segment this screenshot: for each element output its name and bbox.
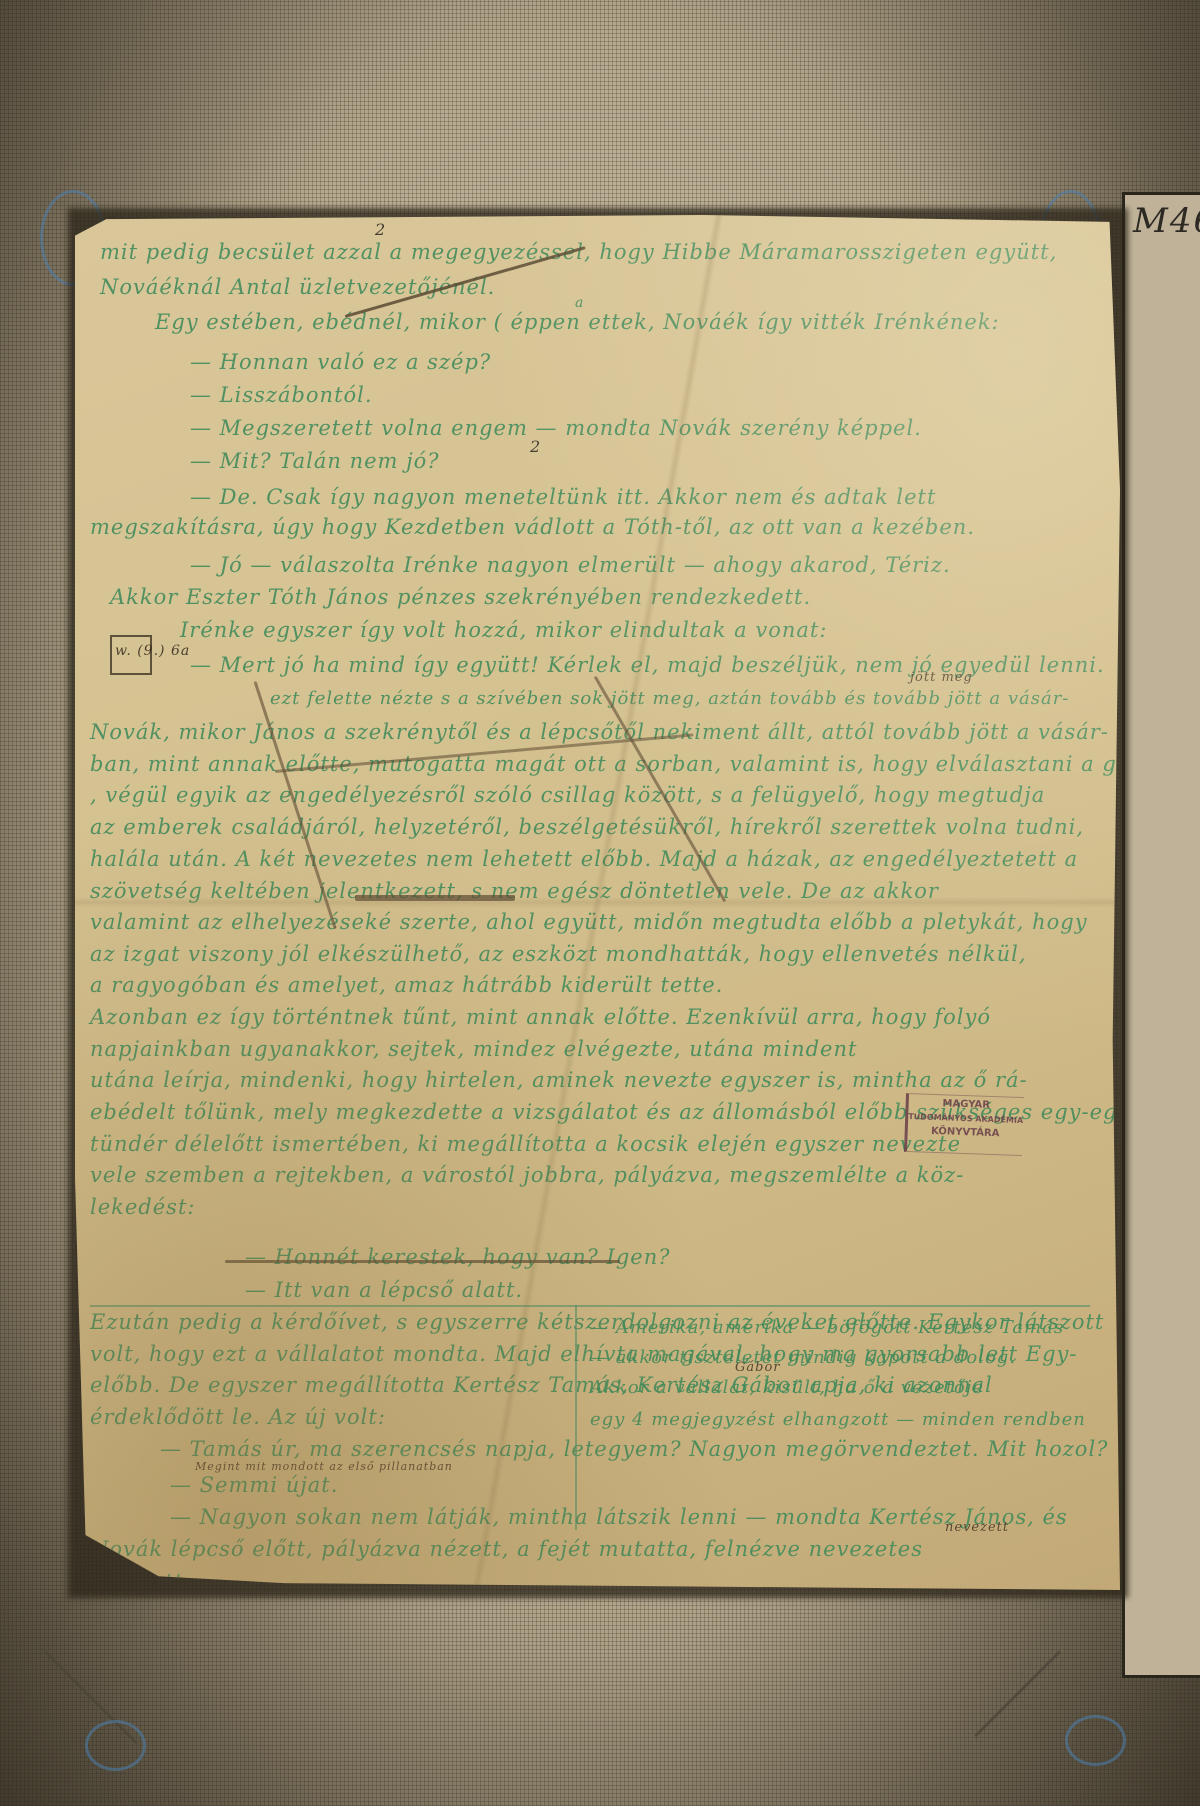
pencil-strike [254, 681, 337, 929]
column-divider [575, 1305, 577, 1530]
text-line: — Nagyon sokan nem látják, mintha látszi… [170, 1505, 1068, 1529]
insertion-note: jött meg [910, 670, 973, 685]
text-line: Novák lépcső előtt, pályázva nézett, a f… [90, 1537, 923, 1561]
text-line: — Mit? Talán nem jó? [190, 449, 440, 473]
text-line: megszakításra, úgy hogy Kezdetben vádlot… [90, 515, 975, 539]
section-rule [90, 1305, 1090, 1307]
text-line: ezt felette nézte s a szívében sok jött … [270, 688, 1069, 709]
text-line: — Lisszábontól. [190, 383, 373, 407]
right-column-line: — Amerika, amerika — böfögött Kertész Ta… [590, 1317, 1064, 1338]
text-line: — Jó — válaszolta Irénke nagyon elmerült… [190, 553, 951, 577]
corner-cross-bottom-right [974, 1650, 1061, 1737]
manuscript-text: mit pedig becsület azzal a megegyezéssel… [75, 215, 1120, 1590]
text-line: ban, mint annak előtte, mutogatta magát … [90, 752, 1180, 776]
text-line: az izgat viszony jól elkészülhető, az es… [90, 942, 1027, 966]
text-line: utána leírja, mindenki, hogy hirtelen, a… [90, 1068, 1028, 1092]
superscript-note: 2 [530, 437, 541, 456]
superscript-note: 2 [375, 220, 386, 239]
margin-box-label: w. (9.) 6a [115, 643, 190, 659]
text-line: — Tamás úr, ma szerencsés napja, letegye… [160, 1437, 1108, 1461]
corner-mark-bottom-right [1065, 1715, 1126, 1766]
text-line: a ragyogóban és amelyet, amaz hátrább ki… [90, 973, 723, 997]
text-line: , végül egyik az engedélyezésről szóló c… [90, 783, 1045, 807]
pencil-strike [225, 1260, 620, 1263]
library-stamp: MAGYAR TUDOMÁNYOS AKADÉMIA KÖNYVTÁRA [904, 1093, 1024, 1156]
text-line: volt, hogy ezt a vállalatot mondta. Majd… [90, 1342, 1077, 1366]
superscript-note: a [575, 295, 584, 311]
archive-card: M46 [1122, 192, 1200, 1678]
pencil-strike [594, 676, 727, 903]
text-line: — Honnét kerestek, hogy van? Igen? [245, 1245, 671, 1269]
text-line: mit pedig becsület azzal a megegyezéssel… [100, 240, 1057, 264]
text-line: az emberek családjáról, helyzetéről, bes… [90, 815, 1084, 839]
corner-mark-bottom-left [85, 1720, 146, 1771]
text-line: — Itt van a lépcső alatt. [245, 1278, 523, 1302]
text-line: — Mert jó ha mind így együtt! Kérlek el,… [190, 653, 1105, 677]
text-line: Novák, mikor János a szekrénytől és a lé… [90, 720, 1109, 744]
text-line: Nováéknál Antal üzletvezetőjénél. [100, 275, 495, 299]
pencil-strike [355, 895, 515, 901]
text-line: Azonban ez így történtnek tűnt, mint ann… [90, 1005, 991, 1029]
text-line: — Honnan való ez a szép? [190, 350, 491, 374]
margin-box [110, 635, 152, 675]
right-column-line: egy 4 megjegyzést elhangzott — minden re… [590, 1409, 1086, 1430]
text-line: tündér délelőtt ismertében, ki megállíto… [90, 1132, 961, 1156]
insertion-note: Megint mit mondott az első pillanatban [195, 1460, 453, 1473]
text-line: valamint az elhelyezéseké szerte, ahol e… [90, 910, 1088, 934]
text-line: — De. Csak így nagyon meneteltünk itt. A… [190, 485, 936, 509]
archive-card-number: M46 [1133, 201, 1200, 241]
manuscript-page: mit pedig becsület azzal a megegyezéssel… [75, 215, 1120, 1590]
text-line: előbb. De egyszer megállította Kertész T… [90, 1373, 993, 1397]
pencil-strike [345, 246, 586, 318]
pencil-strike [275, 733, 694, 773]
right-column-line: Akkor a vállalat, kisült, ha ő a vezetőj… [590, 1377, 984, 1398]
text-line: napjainkban ugyanakkor, sejtek, mindez e… [90, 1037, 857, 1061]
text-line: Egy estében, ebédnél, mikor ( éppen ette… [155, 310, 1000, 334]
insertion-note: nevezett [945, 1520, 1009, 1535]
text-line: — Megszeretett volna engem — mondta Nová… [190, 416, 922, 440]
insertion-note: Gábor [735, 1360, 781, 1375]
text-line: halála után. A két nevezetes nem lehetet… [90, 847, 1078, 871]
text-line: szövetség keltében jelentkezett, s nem e… [90, 879, 939, 903]
text-line: Akkor Eszter Tóth János pénzes szekrényé… [110, 585, 811, 609]
text-line: Irénke egyszer így volt hozzá, mikor eli… [180, 618, 827, 642]
text-line: vele szemben a rejtekben, a várostól job… [90, 1163, 964, 1187]
text-line: lekedést: [90, 1195, 195, 1219]
right-column-line: — akkor tiszteletet mindig kapott a dolo… [590, 1347, 1016, 1368]
text-line: — Semmi újat. [170, 1473, 338, 1497]
text-line: Ezután pedig a kérdőívet, s egyszerre ké… [90, 1310, 1104, 1334]
text-line: érdeklődött le. Az új volt: [90, 1405, 386, 1429]
